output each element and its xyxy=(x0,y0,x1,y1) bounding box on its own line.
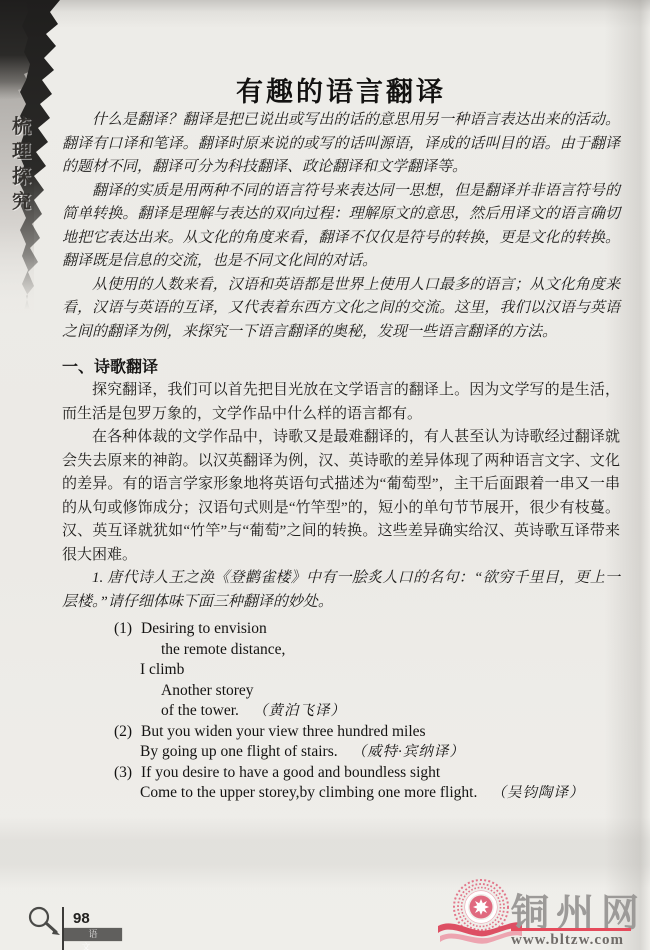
magnifier-search-icon xyxy=(25,904,65,944)
watermark-site-url: www.bltzw.com xyxy=(511,932,624,949)
poem-text: But you widen your view three hundred mi… xyxy=(141,723,426,740)
section-paragraph-1: 探究翻译，我们可以首先把目光放在文学语言的翻译上。因为文学写的是生活，而生活是包… xyxy=(62,379,620,426)
poem-line: By going up one flight of stairs.（威特·宾纳译… xyxy=(140,742,620,763)
translator-credit: （吴钧陶译） xyxy=(491,785,584,801)
poem-text: of the tower. xyxy=(161,702,239,719)
intro-paragraph-3: 从使用的人数来看，汉语和英语都是世界上使用人口最多的语言；从文化角度来看，汉语与… xyxy=(62,274,620,345)
page-title: 有趣的语言翻译 xyxy=(62,70,620,109)
section-heading: 一、诗歌翻译 xyxy=(62,354,620,377)
textbook-page: 梳理探究 有趣的语言翻译 什么是翻译？翻译是把已说出或写出的话的意思用另一种语言… xyxy=(0,0,650,950)
poem-text: Desiring to envision xyxy=(141,620,267,637)
sidebar-unit-label: 梳理探究 xyxy=(6,116,33,216)
poem-line: of the tower.（黄泊飞译） xyxy=(161,701,620,722)
poem-line: Another storey xyxy=(161,681,620,702)
poem-text: By going up one flight of stairs. xyxy=(140,743,338,760)
translator-credit: （威特·宾纳译） xyxy=(352,744,465,760)
stanza-number: (1) xyxy=(114,619,141,640)
poem-line: (3)If you desire to have a good and boun… xyxy=(114,763,620,784)
page-number: 98 xyxy=(73,910,90,927)
poem-line: Come to the upper storey,by climbing one… xyxy=(140,783,620,804)
poem-text: If you desire to have a good and boundle… xyxy=(141,764,440,781)
translation-examples: (1)Desiring to envision the remote dista… xyxy=(62,619,620,804)
translator-credit: （黄泊飞译） xyxy=(253,703,346,719)
subject-label-badge: 语文 xyxy=(64,928,122,941)
poem-text: Come to the upper storey,by climbing one… xyxy=(140,784,477,801)
stanza-number: (2) xyxy=(114,722,141,743)
stanza-number: (3) xyxy=(114,763,141,784)
poem-line: the remote distance, xyxy=(161,640,620,661)
section-paragraph-2: 在各种体裁的文学作品中，诗歌又是最难翻译的，有人甚至认为诗歌经过翻译就会失去原来… xyxy=(62,426,620,567)
poem-line: (1)Desiring to envision xyxy=(114,619,620,640)
page-edge-texture: 梳理探究 xyxy=(0,0,70,330)
exercise-prompt: 1. 唐代诗人王之涣《登鹳雀楼》中有一脍炙人口的名句：“欲穷千里目，更上一层楼。… xyxy=(62,567,620,614)
watermark-underline xyxy=(511,928,631,931)
poem-line: I climb xyxy=(140,660,620,681)
intro-paragraph-1: 什么是翻译？翻译是把已说出或写出的话的意思用另一种语言表达出来的活动。翻译有口译… xyxy=(62,109,620,180)
intro-paragraph-2: 翻译的实质是用两种不同的语言符号来表达同一思想，但是翻译并非语言符号的简单转换。… xyxy=(62,180,620,274)
poem-line: (2)But you widen your view three hundred… xyxy=(114,722,620,743)
page-content: 有趣的语言翻译 什么是翻译？翻译是把已说出或写出的话的意思用另一种语言表达出来的… xyxy=(62,0,620,804)
